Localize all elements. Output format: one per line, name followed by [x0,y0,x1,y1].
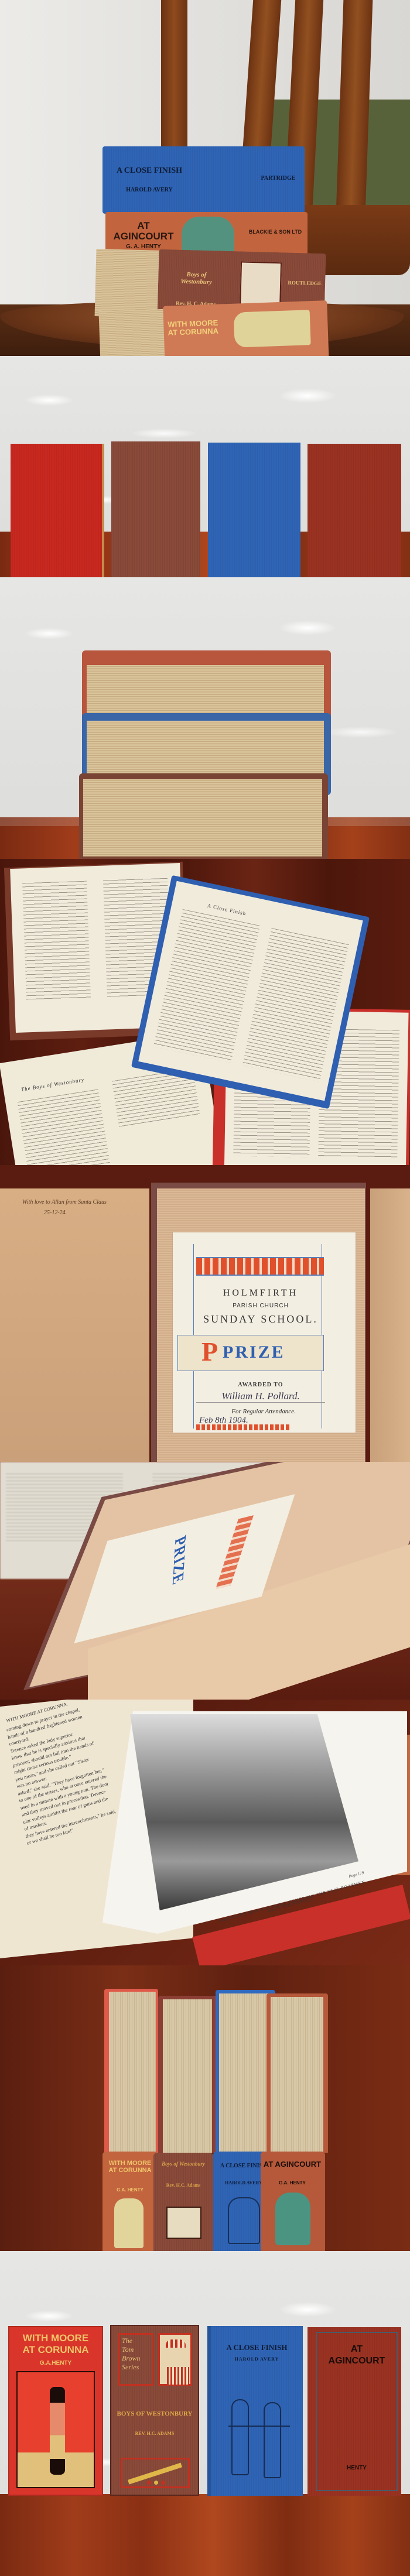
flyleaf [370,1188,410,1462]
bookplate: HOLMFIRTH PARISH CHURCH SUNDAY SCHOOL. P… [173,1232,356,1433]
boy-illustration [166,2207,201,2239]
spine: At Agincourt G.A. Henty [261,2152,325,2251]
photo-front-covers[interactable]: WITH MOORE AT CORUNNA G.A.HENTY The Tom … [0,2251,410,2576]
running-head: The Boys of Westonbury [20,1077,84,1092]
spine-title: A Close Finish [114,167,184,176]
cover-author: HAROLD AVERY [211,2357,303,2362]
spine-title: At Agincourt [111,221,176,242]
plate-line3: SUNDAY SCHOOL. [190,1313,331,1325]
spine-title: At Agincourt [263,2160,322,2169]
spine-author: G.A. Henty [104,2188,156,2193]
book-front-cover[interactable]: A CLOSE FINISH HAROLD AVERY [207,2326,303,2496]
knight-illustration [275,2193,310,2245]
cricket-bat-illustration [121,2458,190,2488]
cover-title-line1: AT [316,2345,398,2355]
book-front-cover[interactable]: WITH MOORE AT CORUNNA G.A.HENTY [8,2326,103,2496]
book-cover [208,443,300,577]
awarded-to-label: AWARDED TO [196,1382,325,1388]
handwritten-date: 25-12-24. [44,1210,67,1216]
cover-title-line1: WITH MOORE [9,2333,102,2344]
photo-illustration-page[interactable]: WITH MOORE AT CORUNNA. coming down to pr… [0,1700,410,1965]
prize-initial: P [201,1338,218,1365]
spine-publisher: Routledge [287,280,322,287]
spine-publisher: Partridge [255,176,302,182]
book-spine[interactable]: With Moore at Corunna [95,300,329,356]
book-spine[interactable]: A Close Finish Harold Avery Partridge [102,146,305,214]
photo-open-books[interactable]: The Boys of Westonbury A Close Finish [0,859,410,1165]
spine-author: G.A. Henty [263,2181,322,2186]
award-reason: For Regular Attendance. [202,1408,325,1415]
cover-author: HENTY [316,2465,398,2472]
prize-heading: PRIZE [168,1533,189,1589]
prize-banner: P PRIZE [177,1335,324,1371]
product-photo-gallery: A Close Finish Harold Avery Partridge At… [0,0,410,2576]
page-edges [83,779,322,857]
cover-title: BOYS OF WESTONBURY [111,2411,198,2418]
floral-border [196,1257,324,1276]
book-front-cover[interactable]: The Tom Brown Series BOYS OF WESTONBURY … [110,2325,199,2496]
book-cover [111,441,200,577]
runners-illustration [228,2385,290,2484]
photo-back-covers[interactable] [0,356,410,577]
open-book: A Close Finish [131,875,370,1109]
spine-title: With Moore at Corunna [104,2160,156,2174]
runner-illustration [228,2197,260,2244]
recipient-name: William H. Pollard. [196,1390,325,1403]
spine-publisher: Blackie & Son Ltd [246,229,305,235]
chair-slat [161,0,187,152]
soldier-illustration [234,310,311,348]
plate-line1: HOLMFIRTH [196,1288,325,1299]
spine-author: Harold Avery [114,187,184,194]
spine-title: With Moore at Corunna [166,319,220,337]
series-name: The Tom Brown Series [122,2337,154,2372]
photo-prize-bookplate[interactable]: With love to Allan from Santa Claus 25-1… [0,1165,410,1462]
cover-author: G.A.HENTY [9,2361,102,2367]
prize-heading: PRIZE [223,1344,285,1361]
photo-spines-top-view[interactable]: With Moore at Corunna G.A. Henty Boys of… [0,1965,410,2251]
handwritten-inscription: With love to Allan from Santa Claus [22,1199,107,1205]
cover-title-line2: AT CORUNNA [9,2345,102,2355]
spine-author: Rev. H.C. Adams [156,2183,210,2188]
book-cover [307,444,401,577]
endpaper-left: With love to Allan from Santa Claus 25-1… [0,1188,149,1462]
soldier-illustration [16,2371,95,2488]
book-front-cover[interactable]: AT AGINCOURT HENTY [307,2327,401,2496]
spine-title: Boys of Westonbury [156,2161,210,2167]
photo-stack-on-chair[interactable]: A Close Finish Harold Avery Partridge At… [0,0,410,356]
photo-stack-fore-edges[interactable] [0,577,410,859]
boy-illustration [158,2333,192,2386]
spine: Boys of Westonbury Rev. H.C. Adams [153,2153,213,2251]
soldier-illustration [114,2198,143,2248]
spine: With Moore at Corunna G.A. Henty [102,2152,158,2251]
running-head: A Close Finish [207,903,247,917]
cover-title: A CLOSE FINISH [211,2344,303,2352]
plate-line2: PARISH CHURCH [196,1303,325,1309]
spine-title: Boys of Westonbury [170,271,223,286]
table-top [0,2494,410,2576]
floral-border [196,1424,290,1430]
photo-bookplate-angled[interactable]: PRIZE [0,1462,410,1700]
cover-title-line2: AGINCOURT [316,2356,398,2366]
cover-author: REV. H.C. ADAMS [111,2431,198,2436]
book-cover [11,444,104,577]
